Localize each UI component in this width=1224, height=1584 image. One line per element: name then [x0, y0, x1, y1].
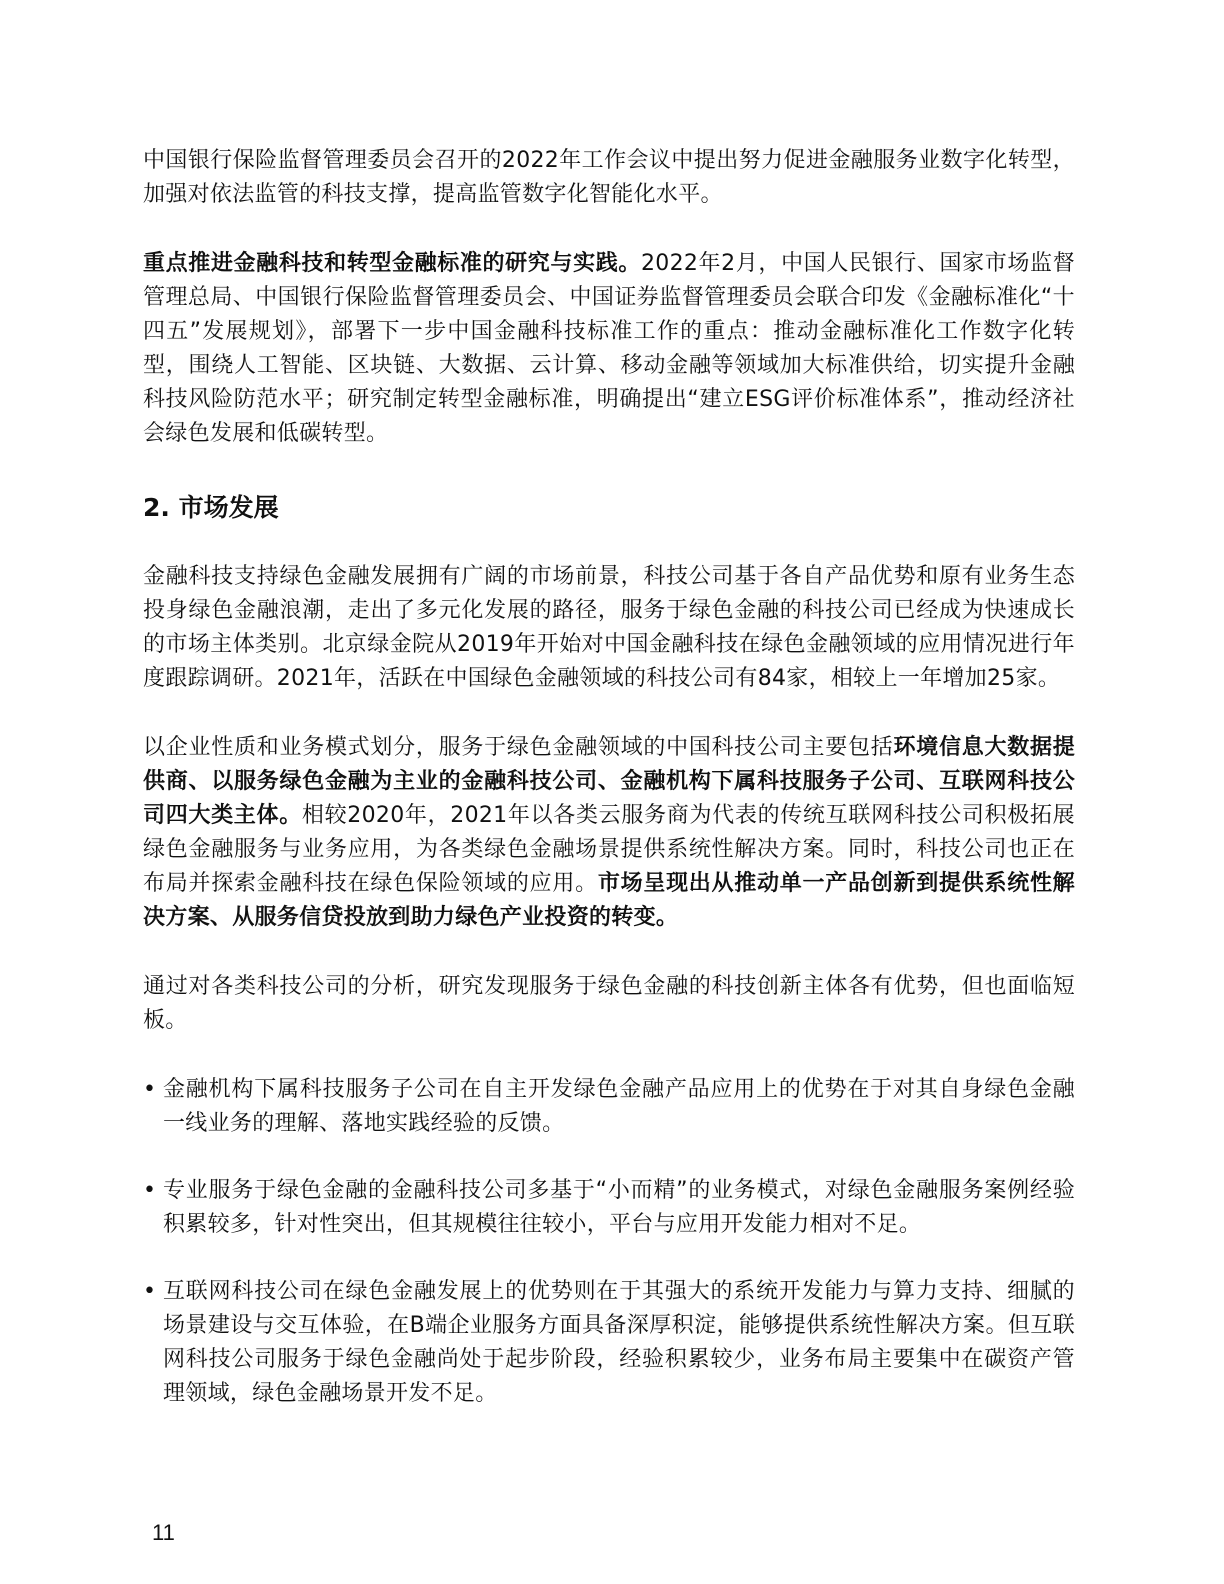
paragraph-text: 以企业性质和业务模式划分，服务于绿色金融领域的中国科技公司主要包括 [143, 735, 894, 760]
section-heading: 2. 市场发展 [143, 491, 1075, 525]
list-item: •专业服务于绿色金融的金融科技公司多基于“小而精”的业务模式，对绿色金融服务案例… [143, 1174, 1075, 1242]
bullet-icon: • [143, 1275, 155, 1309]
bullet-icon: • [143, 1174, 155, 1208]
list-item-text: 专业服务于绿色金融的金融科技公司多基于“小而精”的业务模式，对绿色金融服务案例经… [163, 1178, 1075, 1237]
list-item: •互联网科技公司在绿色金融发展上的优势则在于其强大的系统开发能力与算力支持、细腻… [143, 1275, 1075, 1411]
paragraph-standards-lead: 重点推进金融科技和转型金融标准的研究与实践。 [143, 251, 641, 276]
paragraph-standards: 重点推进金融科技和转型金融标准的研究与实践。2022年2月，中国人民银行、国家市… [143, 247, 1075, 451]
list-item: •金融机构下属科技服务子公司在自主开发绿色金融产品应用上的优势在于对其自身绿色金… [143, 1073, 1075, 1141]
bullet-icon: • [143, 1073, 155, 1107]
document-page: 中国银行保险监督管理委员会召开的2022年工作会议中提出努力促进金融服务业数字化… [143, 144, 1075, 1444]
paragraph-market-outlook: 金融科技支持绿色金融发展拥有广阔的市场前景，科技公司基于各自产品优势和原有业务生… [143, 560, 1075, 696]
paragraph-analysis-intro: 通过对各类科技公司的分析，研究发现服务于绿色金融的科技创新主体各有优势，但也面临… [143, 970, 1075, 1038]
bullet-list: •金融机构下属科技服务子公司在自主开发绿色金融产品应用上的优势在于对其自身绿色金… [143, 1073, 1075, 1411]
paragraph-market-categories: 以企业性质和业务模式划分，服务于绿色金融领域的中国科技公司主要包括环境信息大数据… [143, 731, 1075, 935]
paragraph-regulatory: 中国银行保险监督管理委员会召开的2022年工作会议中提出努力促进金融服务业数字化… [143, 144, 1075, 212]
page-number: 11 [152, 1520, 175, 1546]
paragraph-standards-body: 2022年2月，中国人民银行、国家市场监督管理总局、中国银行保险监督管理委员会、… [143, 251, 1075, 446]
list-item-text: 金融机构下属科技服务子公司在自主开发绿色金融产品应用上的优势在于对其自身绿色金融… [163, 1077, 1075, 1136]
list-item-text: 互联网科技公司在绿色金融发展上的优势则在于其强大的系统开发能力与算力支持、细腻的… [163, 1279, 1075, 1406]
